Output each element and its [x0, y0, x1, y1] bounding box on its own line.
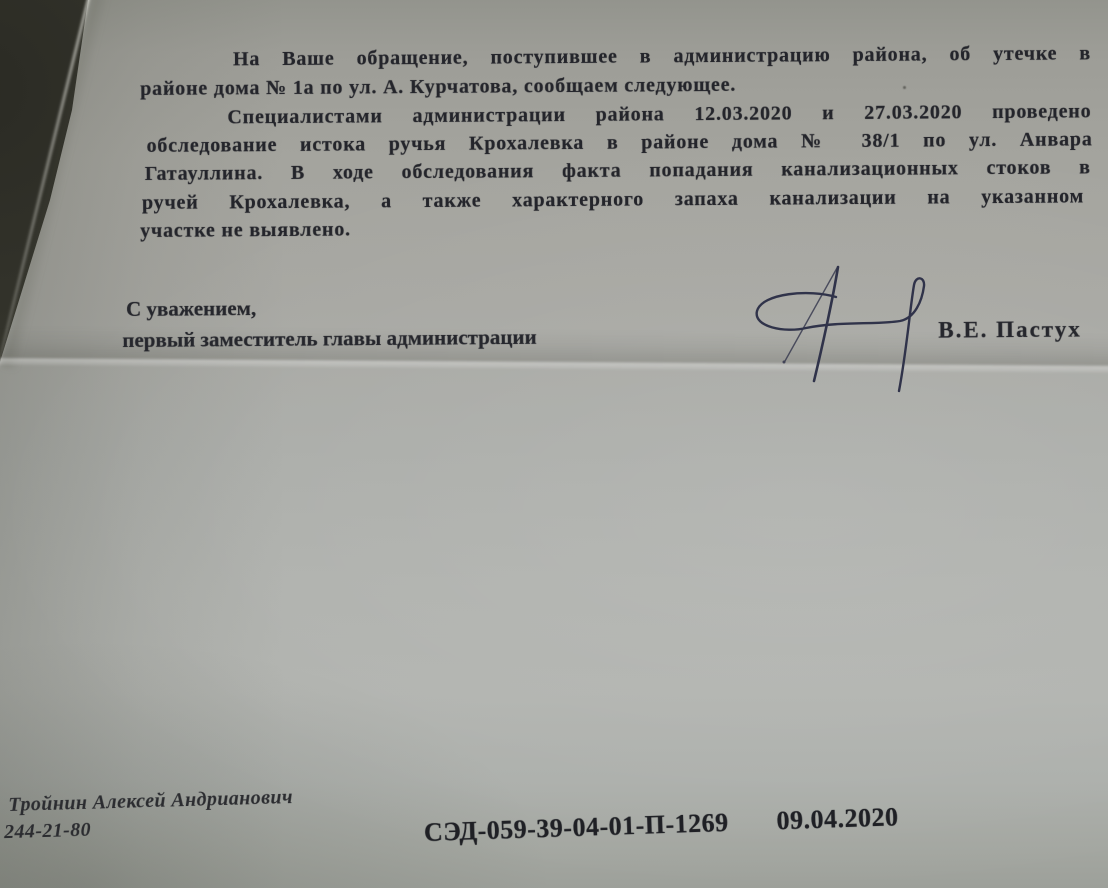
closing-salutation: С уважением,: [126, 296, 256, 322]
signature-scribble-icon: [740, 253, 940, 413]
document-photo: На Ваше обращение, поступившее в админис…: [0, 0, 1108, 888]
doc-date: 09.04.2020: [776, 802, 899, 835]
executor-block: Тройнин Алексей Андрианович 244-21-80: [8, 784, 294, 846]
signer-name: В.Е. Пастух: [938, 316, 1082, 343]
executor-name: Тройнин Алексей Андрианович: [8, 786, 293, 816]
closing-block: С уважением, первый заместитель главы ад…: [0, 0, 1108, 888]
signer-title: первый заместитель главы администрации: [122, 325, 537, 353]
